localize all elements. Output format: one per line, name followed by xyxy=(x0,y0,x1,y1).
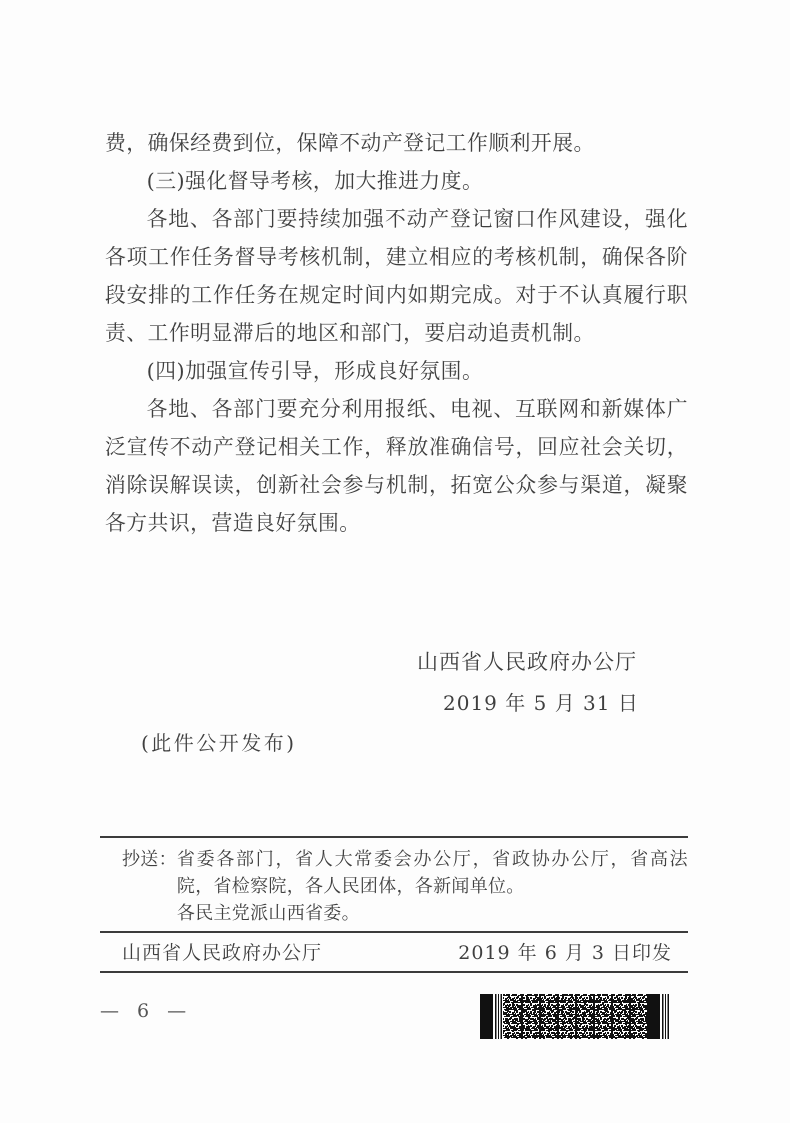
cc-list: 省委各部门，省人大常委会办公厅，省政协办公厅，省高法院，省检察院，各人民团体，各… xyxy=(177,846,688,927)
document-body: 费，确保经费到位，保障不动产登记工作顺利开展。 (三)强化督导考核，加大推进力度… xyxy=(105,124,688,542)
signature-date: 2019 年 5 月 31 日 xyxy=(443,687,639,716)
paragraph: 各地、各部门要持续加强不动产登记窗口作风建设，强化各项工作任务督导考核机制，建立… xyxy=(105,200,688,352)
cc-entry: 各民主党派山西省委。 xyxy=(177,900,688,927)
footer-divider-top xyxy=(100,836,688,838)
paragraph: 各地、各部门要充分利用报纸、电视、互联网和新媒体广泛宣传不动产登记相关工作，释放… xyxy=(105,390,688,542)
document-barcode-icon xyxy=(480,994,670,1039)
signature-issuer: 山西省人民政府办公厅 xyxy=(417,646,637,676)
print-info-row: 山西省人民政府办公厅 2019 年 6 月 3 日印发 xyxy=(122,941,672,965)
footer-divider-bottom xyxy=(100,971,688,973)
section-heading-3: (三)强化督导考核，加大推进力度。 xyxy=(105,162,688,200)
paragraph-continuation: 费，确保经费到位，保障不动产登记工作顺利开展。 xyxy=(105,124,688,162)
footer-divider-middle xyxy=(100,931,688,933)
document-page: 费，确保经费到位，保障不动产登记工作顺利开展。 (三)强化督导考核，加大推进力度… xyxy=(0,0,790,1123)
cc-label: 抄送： xyxy=(122,846,177,927)
print-date: 2019 年 6 月 3 日印发 xyxy=(458,941,672,965)
public-release-note: (此件公开发布) xyxy=(141,727,297,756)
section-heading-4: (四)加强宣传引导，形成良好氛围。 xyxy=(105,352,688,390)
cc-block: 抄送： 省委各部门，省人大常委会办公厅，省政协办公厅，省高法院，省检察院，各人民… xyxy=(122,846,688,927)
page-number: — 6 — xyxy=(100,1000,192,1022)
printing-office: 山西省人民政府办公厅 xyxy=(122,941,322,965)
cc-entry: 省委各部门，省人大常委会办公厅，省政协办公厅，省高法院，省检察院，各人民团体，各… xyxy=(177,846,688,900)
